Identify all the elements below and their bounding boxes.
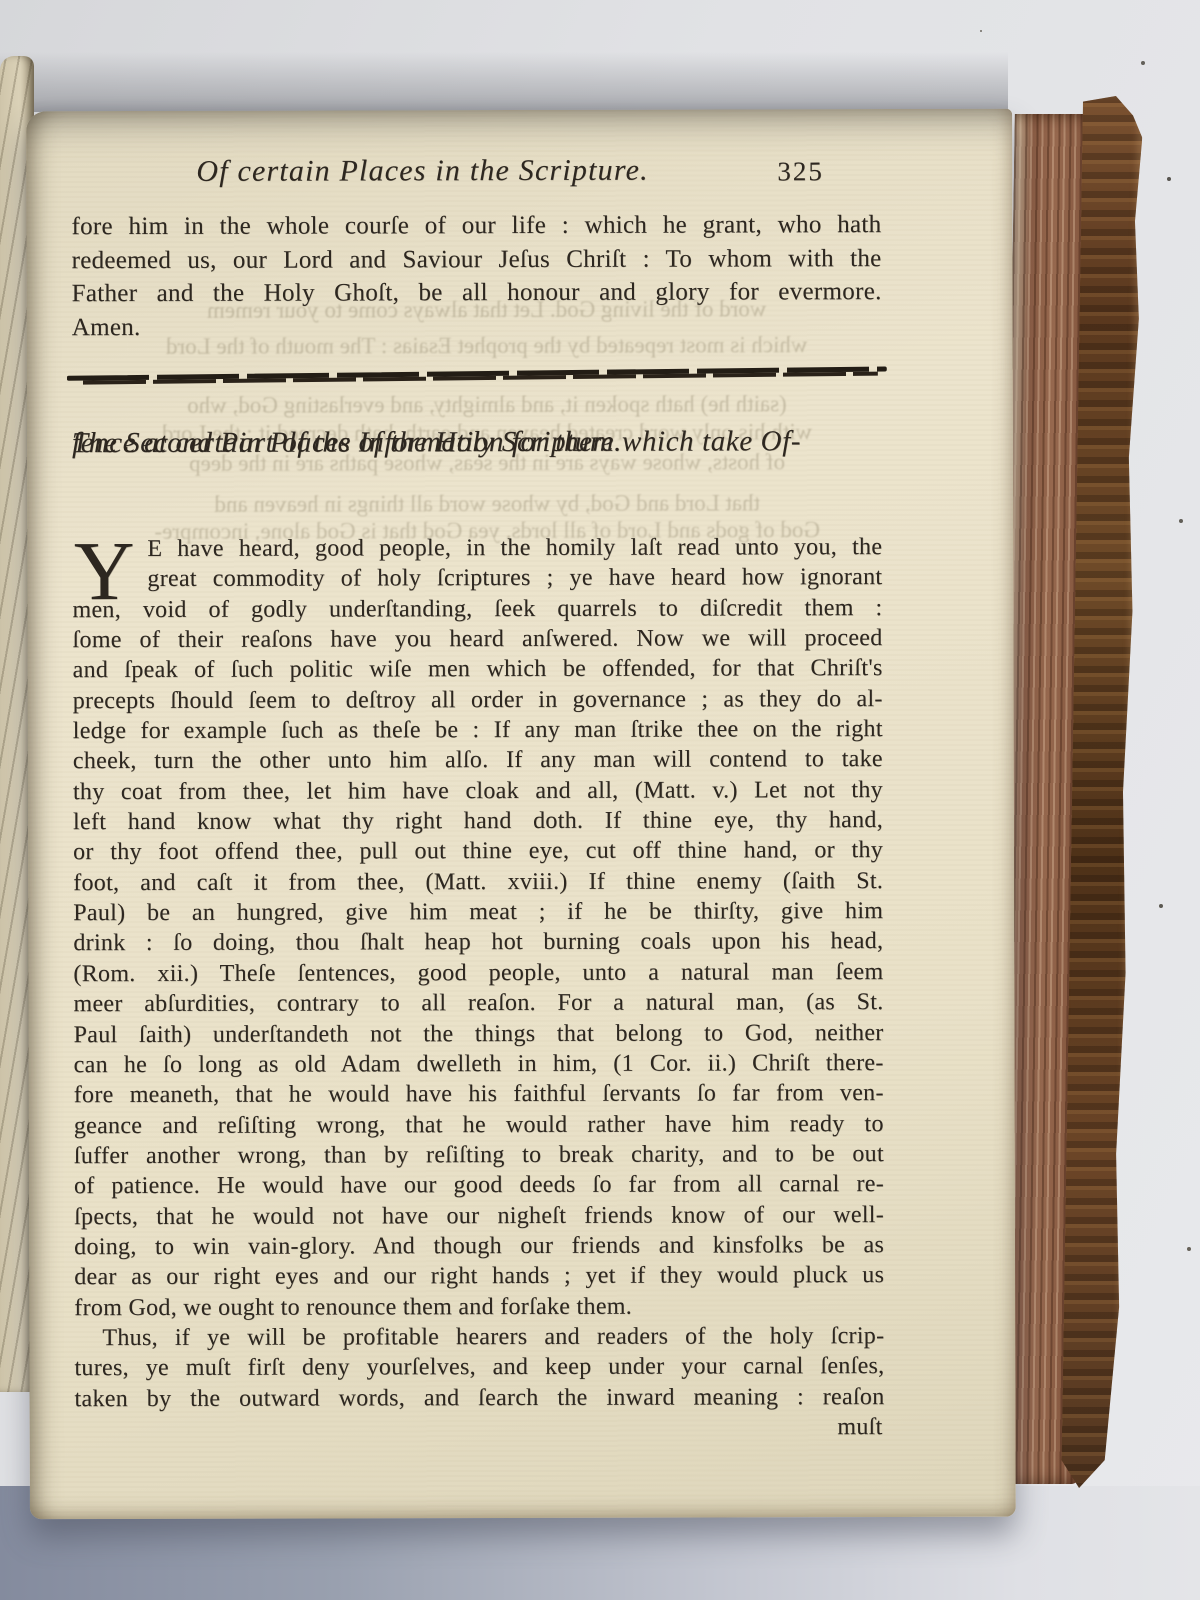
text-line: doing, to win vain-glory. And though our… xyxy=(74,1230,884,1262)
text-line: Paul ſaith) underſtandeth not the things… xyxy=(74,1018,884,1050)
text-line: ſpects, that he would not have our nighe… xyxy=(74,1200,884,1232)
text-line: taken by the outward words, and ſearch t… xyxy=(74,1382,884,1414)
text-line: geance and reſiſting wrong, that he woul… xyxy=(74,1109,884,1141)
section-divider-rule xyxy=(67,366,887,387)
text-line: (Rom. xii.) Theſe ſentences, good people… xyxy=(73,957,883,989)
closing-paragraph-previous-homily: fore him in the whole courſe of our life… xyxy=(71,208,881,344)
text-line: men, void of godly underſtanding, ſeek q… xyxy=(72,593,882,625)
text-line: left hand know what thy right hand doth.… xyxy=(73,805,883,837)
text-line: cheek, turn the other unto him alſo. If … xyxy=(73,744,883,776)
catchword: muſt xyxy=(75,1412,885,1444)
text-line: dear as our right eyes and our right han… xyxy=(74,1260,884,1292)
text-line: ſome of their reaſons have you heard anſ… xyxy=(73,623,883,655)
book-photograph: word of the living God. Let that always … xyxy=(0,0,1200,1600)
text-line: tures, ye muſt firſt deny yourſelves, an… xyxy=(74,1351,884,1383)
text-line: Paul) be an hungred, give him meat ; if … xyxy=(73,896,883,928)
text-line: of patience. He would have our good deed… xyxy=(74,1169,884,1201)
text-line: ſuffer another wrong, than by reſiſting … xyxy=(74,1139,884,1171)
text-line: drink : ſo doing, thou ſhalt heap hot bu… xyxy=(73,927,883,959)
text-line: Amen. xyxy=(72,309,882,345)
heading-line: fence at certain Places of the Holy Scri… xyxy=(72,423,622,463)
running-head-row: Of certain Places in the Scripture. 325 xyxy=(26,153,1012,202)
text-line: thy coat from thee, let him have cloak a… xyxy=(73,775,883,807)
homily-body-text: Y E have heard, good people, in the homi… xyxy=(72,532,884,1444)
text-line: can he ſo long as old Adam dwelleth in h… xyxy=(74,1048,884,1080)
text-line: redeemed us, our Lord and Saviour Jeſus … xyxy=(72,242,882,278)
book-page: word of the living God. Let that always … xyxy=(26,109,1016,1520)
text-line: or thy foot offend thee, pull out thine … xyxy=(73,835,883,867)
showthrough-line: that Lord and God, by whose word all thi… xyxy=(87,490,887,518)
text-line: and ſpeak of ſuch politic wiſe men which… xyxy=(73,653,883,685)
page-number: 325 xyxy=(777,156,824,187)
dust-specks xyxy=(0,0,2,2)
text-line: E have heard, good people, in the homily… xyxy=(72,532,882,564)
text-line: fore him in the whole courſe of our life… xyxy=(71,208,881,244)
text-line: foot, and caſt it from thee, (Matt. xvii… xyxy=(73,866,883,898)
running-head: Of certain Places in the Scripture. xyxy=(196,154,649,189)
showthrough-line: (saith he) hath spoken it, and almighty,… xyxy=(87,391,887,419)
text-line: ledge for example ſuch as theſe be : If … xyxy=(73,714,883,746)
text-line: great commodity of holy ſcriptures ; ye … xyxy=(72,562,882,594)
book-top-shadow xyxy=(0,52,1008,112)
text-line: Thus, if ye will be profitable hearers a… xyxy=(74,1321,884,1353)
text-line: fore meaneth, that he would have his fai… xyxy=(74,1078,884,1110)
text-line: precepts ſhould ſeem to deſtroy all orde… xyxy=(73,684,883,716)
text-line: from God, we ought to renounce them and … xyxy=(74,1291,884,1323)
text-line: Father and the Holy Ghoſt, be all honour… xyxy=(72,275,882,311)
text-line: meer abſurdities, contrary to all reaſon… xyxy=(73,987,883,1019)
